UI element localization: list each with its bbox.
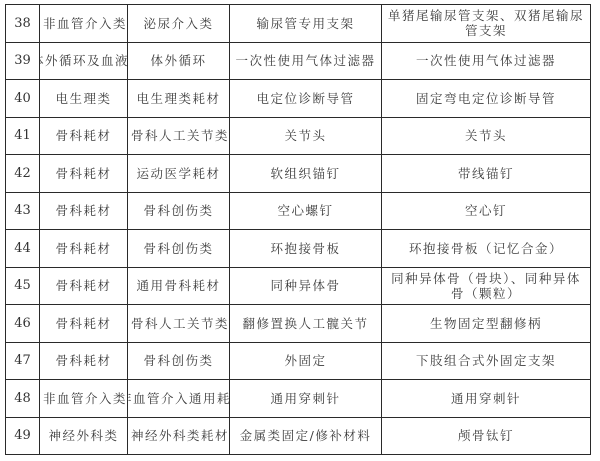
row-number: 48 [6,380,40,418]
table-row: 41 骨科耗材 骨科人工关节类 关节头 关节头 [6,117,591,155]
table-row: 39 体外循环及血液净化 体外循环 一次性使用气体过滤器 一次性使用气体过滤器 [6,42,591,80]
product-name: 关节头 [382,117,591,155]
consumables-catalog-table: 38 非血管介入类 泌尿介入类 输尿管专用支架 单猪尾输尿管支架、双猪尾输尿管支… [5,4,591,455]
category-level-2: 骨科创伤类 [128,230,230,268]
row-number: 39 [6,42,40,80]
category-level-2: 神经外科类耗材 [128,417,230,455]
row-number: 47 [6,342,40,380]
category-level-1: 电生理类 [40,80,128,118]
category-level-3: 一次性使用气体过滤器 [230,42,382,80]
category-level-3: 环抱接骨板 [230,230,382,268]
category-level-3: 输尿管专用支架 [230,5,382,43]
category-level-3: 电定位诊断导管 [230,80,382,118]
table-row: 43 骨科耗材 骨科创伤类 空心螺钉 空心钉 [6,192,591,230]
product-name: 一次性使用气体过滤器 [382,42,591,80]
product-name: 同种异体骨（骨块）、同种异体骨（颗粒） [382,267,591,305]
category-level-1: 骨科耗材 [40,342,128,380]
table-row: 44 骨科耗材 骨科创伤类 环抱接骨板 环抱接骨板（记忆合金） [6,230,591,268]
category-level-2: 骨科创伤类 [128,342,230,380]
category-level-1: 骨科耗材 [40,155,128,193]
category-level-3: 软组织锚钉 [230,155,382,193]
category-level-1: 神经外科类 [40,417,128,455]
product-name: 通用穿刺针 [382,380,591,418]
category-level-3: 金属类固定/修补材料 [230,417,382,455]
category-level-1: 骨科耗材 [40,192,128,230]
category-level-2: 泌尿介入类 [128,5,230,43]
product-name: 环抱接骨板（记忆合金） [382,230,591,268]
table-row: 38 非血管介入类 泌尿介入类 输尿管专用支架 单猪尾输尿管支架、双猪尾输尿管支… [6,5,591,43]
row-number: 40 [6,80,40,118]
category-level-2: 骨科人工关节类 [128,305,230,343]
row-number: 43 [6,192,40,230]
row-number: 46 [6,305,40,343]
product-name: 空心钉 [382,192,591,230]
category-level-3: 翻修置换人工髋关节 [230,305,382,343]
table-row: 42 骨科耗材 运动医学耗材 软组织锚钉 带线锚钉 [6,155,591,193]
category-level-1: 骨科耗材 [40,117,128,155]
product-name: 固定弯电定位诊断导管 [382,80,591,118]
category-level-1: 非血管介入类 [40,5,128,43]
category-level-2: 体外循环 [128,42,230,80]
category-level-3: 外固定 [230,342,382,380]
category-level-3: 同种异体骨 [230,267,382,305]
product-name: 单猪尾输尿管支架、双猪尾输尿管支架 [382,5,591,43]
category-level-1: 骨科耗材 [40,267,128,305]
category-level-1: 骨科耗材 [40,230,128,268]
table-row: 47 骨科耗材 骨科创伤类 外固定 下肢组合式外固定支架 [6,342,591,380]
row-number: 42 [6,155,40,193]
category-level-1: 非血管介入类 [40,380,128,418]
row-number: 41 [6,117,40,155]
category-level-2: 电生理类耗材 [128,80,230,118]
row-number: 38 [6,5,40,43]
product-name: 生物固定型翻修柄 [382,305,591,343]
category-level-2: 运动医学耗材 [128,155,230,193]
category-level-2: 骨科创伤类 [128,192,230,230]
category-level-2: 非血管介入通用耗材 [128,380,230,418]
row-number: 49 [6,417,40,455]
category-level-2: 通用骨科耗材 [128,267,230,305]
table-row: 46 骨科耗材 骨科人工关节类 翻修置换人工髋关节 生物固定型翻修柄 [6,305,591,343]
product-name: 颅骨钛钉 [382,417,591,455]
table-row: 48 非血管介入类 非血管介入通用耗材 通用穿刺针 通用穿刺针 [6,380,591,418]
category-level-3: 通用穿刺针 [230,380,382,418]
row-number: 44 [6,230,40,268]
table-row: 40 电生理类 电生理类耗材 电定位诊断导管 固定弯电定位诊断导管 [6,80,591,118]
category-level-2: 骨科人工关节类 [128,117,230,155]
category-level-1: 骨科耗材 [40,305,128,343]
category-level-1: 体外循环及血液净化 [40,42,128,80]
product-name: 带线锚钉 [382,155,591,193]
category-level-3: 空心螺钉 [230,192,382,230]
product-name: 下肢组合式外固定支架 [382,342,591,380]
table-row: 49 神经外科类 神经外科类耗材 金属类固定/修补材料 颅骨钛钉 [6,417,591,455]
row-number: 45 [6,267,40,305]
category-level-3: 关节头 [230,117,382,155]
table-row: 45 骨科耗材 通用骨科耗材 同种异体骨 同种异体骨（骨块）、同种异体骨（颗粒） [6,267,591,305]
